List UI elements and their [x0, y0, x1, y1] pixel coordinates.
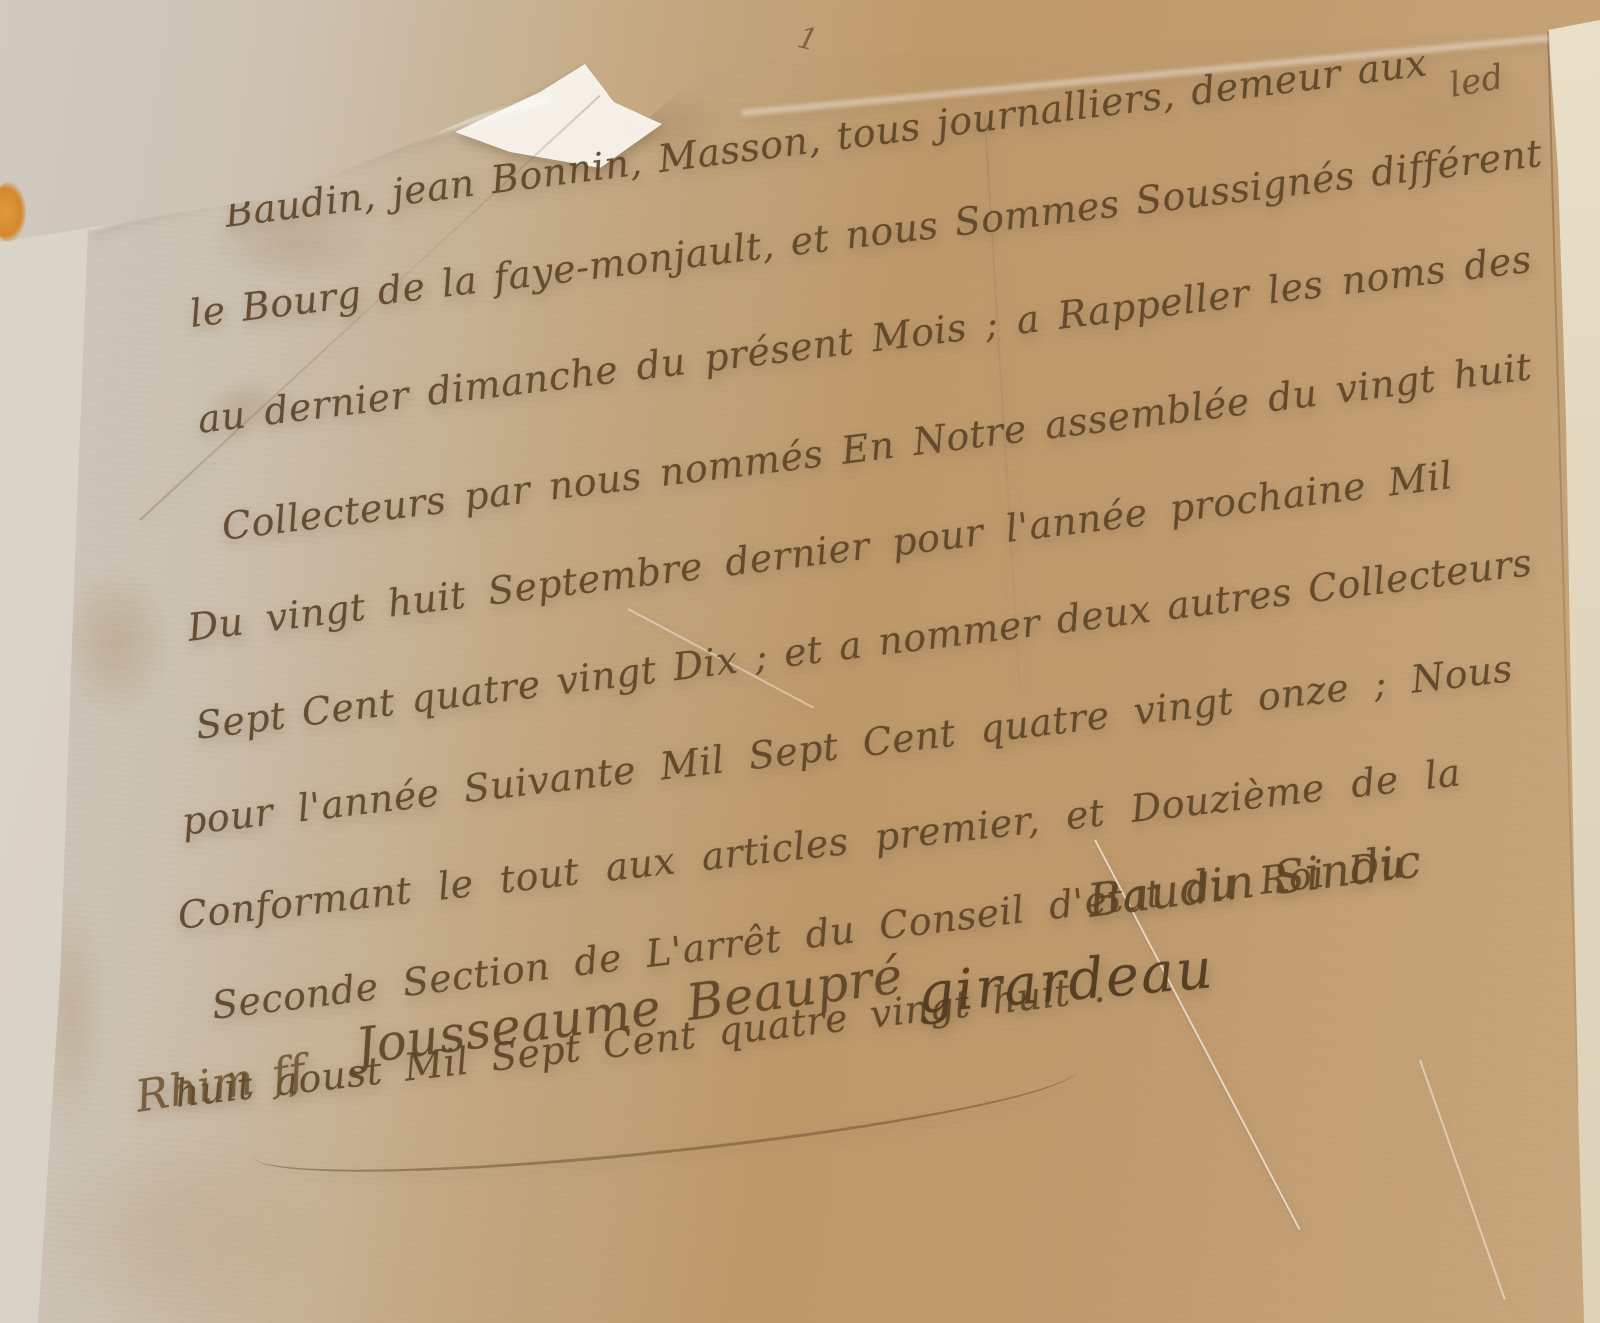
pen-mark: 1 [794, 20, 821, 59]
manuscript-photo: Baudin, jean Bonnin, Masson, tous journa… [0, 0, 1600, 1323]
manuscript-page: Baudin, jean Bonnin, Masson, tous journa… [0, 0, 1600, 1323]
book-binding-edge-top [0, 182, 26, 242]
